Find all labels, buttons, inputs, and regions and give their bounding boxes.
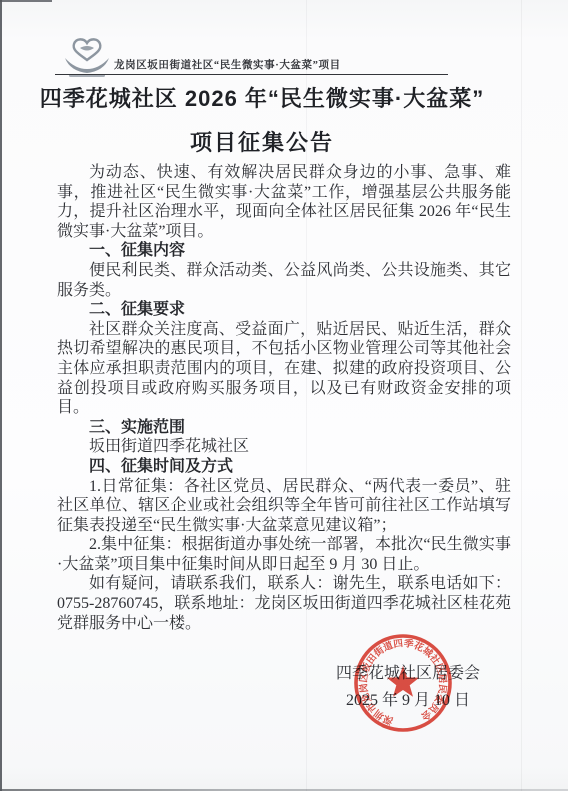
hands-holding-heart-icon xyxy=(56,36,118,78)
section-heading-4: 四、征集时间及方式 xyxy=(57,457,511,477)
document-title-line2: 项目征集公告 xyxy=(0,126,524,157)
seal-star xyxy=(387,666,419,697)
section-4-paragraph-1: 1.日常征集：各社区党员、居民群众、“两代表一委员”、驻社区单位、辖区企业或社会… xyxy=(57,477,511,536)
scanned-document-page: 龙岗区坂田街道社区“民生微实事·大盆菜”项目 四季花城社区 2026 年“民生微… xyxy=(0,0,568,791)
section-heading-1: 一、征集内容 xyxy=(57,241,511,261)
section-3-paragraph: 坂田街道四季花城社区 xyxy=(57,437,511,457)
section-heading-3: 三、实施范围 xyxy=(57,418,511,438)
section-heading-2: 二、征集要求 xyxy=(57,300,511,320)
section-4-paragraph-2: 2.集中征集：根据街道办事处统一部署，本批次“民生微实事·大盆菜”项目集中征集时… xyxy=(57,535,511,574)
hands-holding-heart-logo xyxy=(56,36,118,78)
document-body: 为动态、快速、有效解决居民群众身边的小事、急事、难事，推进社区“民生微实事·大盆… xyxy=(57,163,511,633)
scan-crease-right xyxy=(521,0,522,791)
section-2-paragraph: 社区群众关注度高、受益面广，贴近居民、贴近生活，群众热切希望解决的惠民项目，不包… xyxy=(57,320,511,418)
header-rule xyxy=(55,74,448,75)
document-title-line1: 四季花城社区 2026 年“民生微实事·大盆菜” xyxy=(0,82,524,113)
scan-edge-top xyxy=(0,0,52,2)
section-1-paragraph: 便民利民类、群众活动类、公益风尚类、公共设施类、其它服务类。 xyxy=(57,261,511,300)
scan-edge-left xyxy=(0,0,2,791)
contact-paragraph: 如有疑问，请联系我们，联系人：谢先生，联系电话如下：0755-28760745，… xyxy=(57,574,511,633)
header-project-line: 龙岗区坂田街道社区“民生微实事·大盆菜”项目 xyxy=(114,57,341,72)
official-seal: 深圳市龙岗区坂田街道四季花城社区居民委员会 xyxy=(350,630,456,736)
intro-paragraph: 为动态、快速、有效解决居民群众身边的小事、急事、难事，推进社区“民生微实事·大盆… xyxy=(57,163,511,241)
